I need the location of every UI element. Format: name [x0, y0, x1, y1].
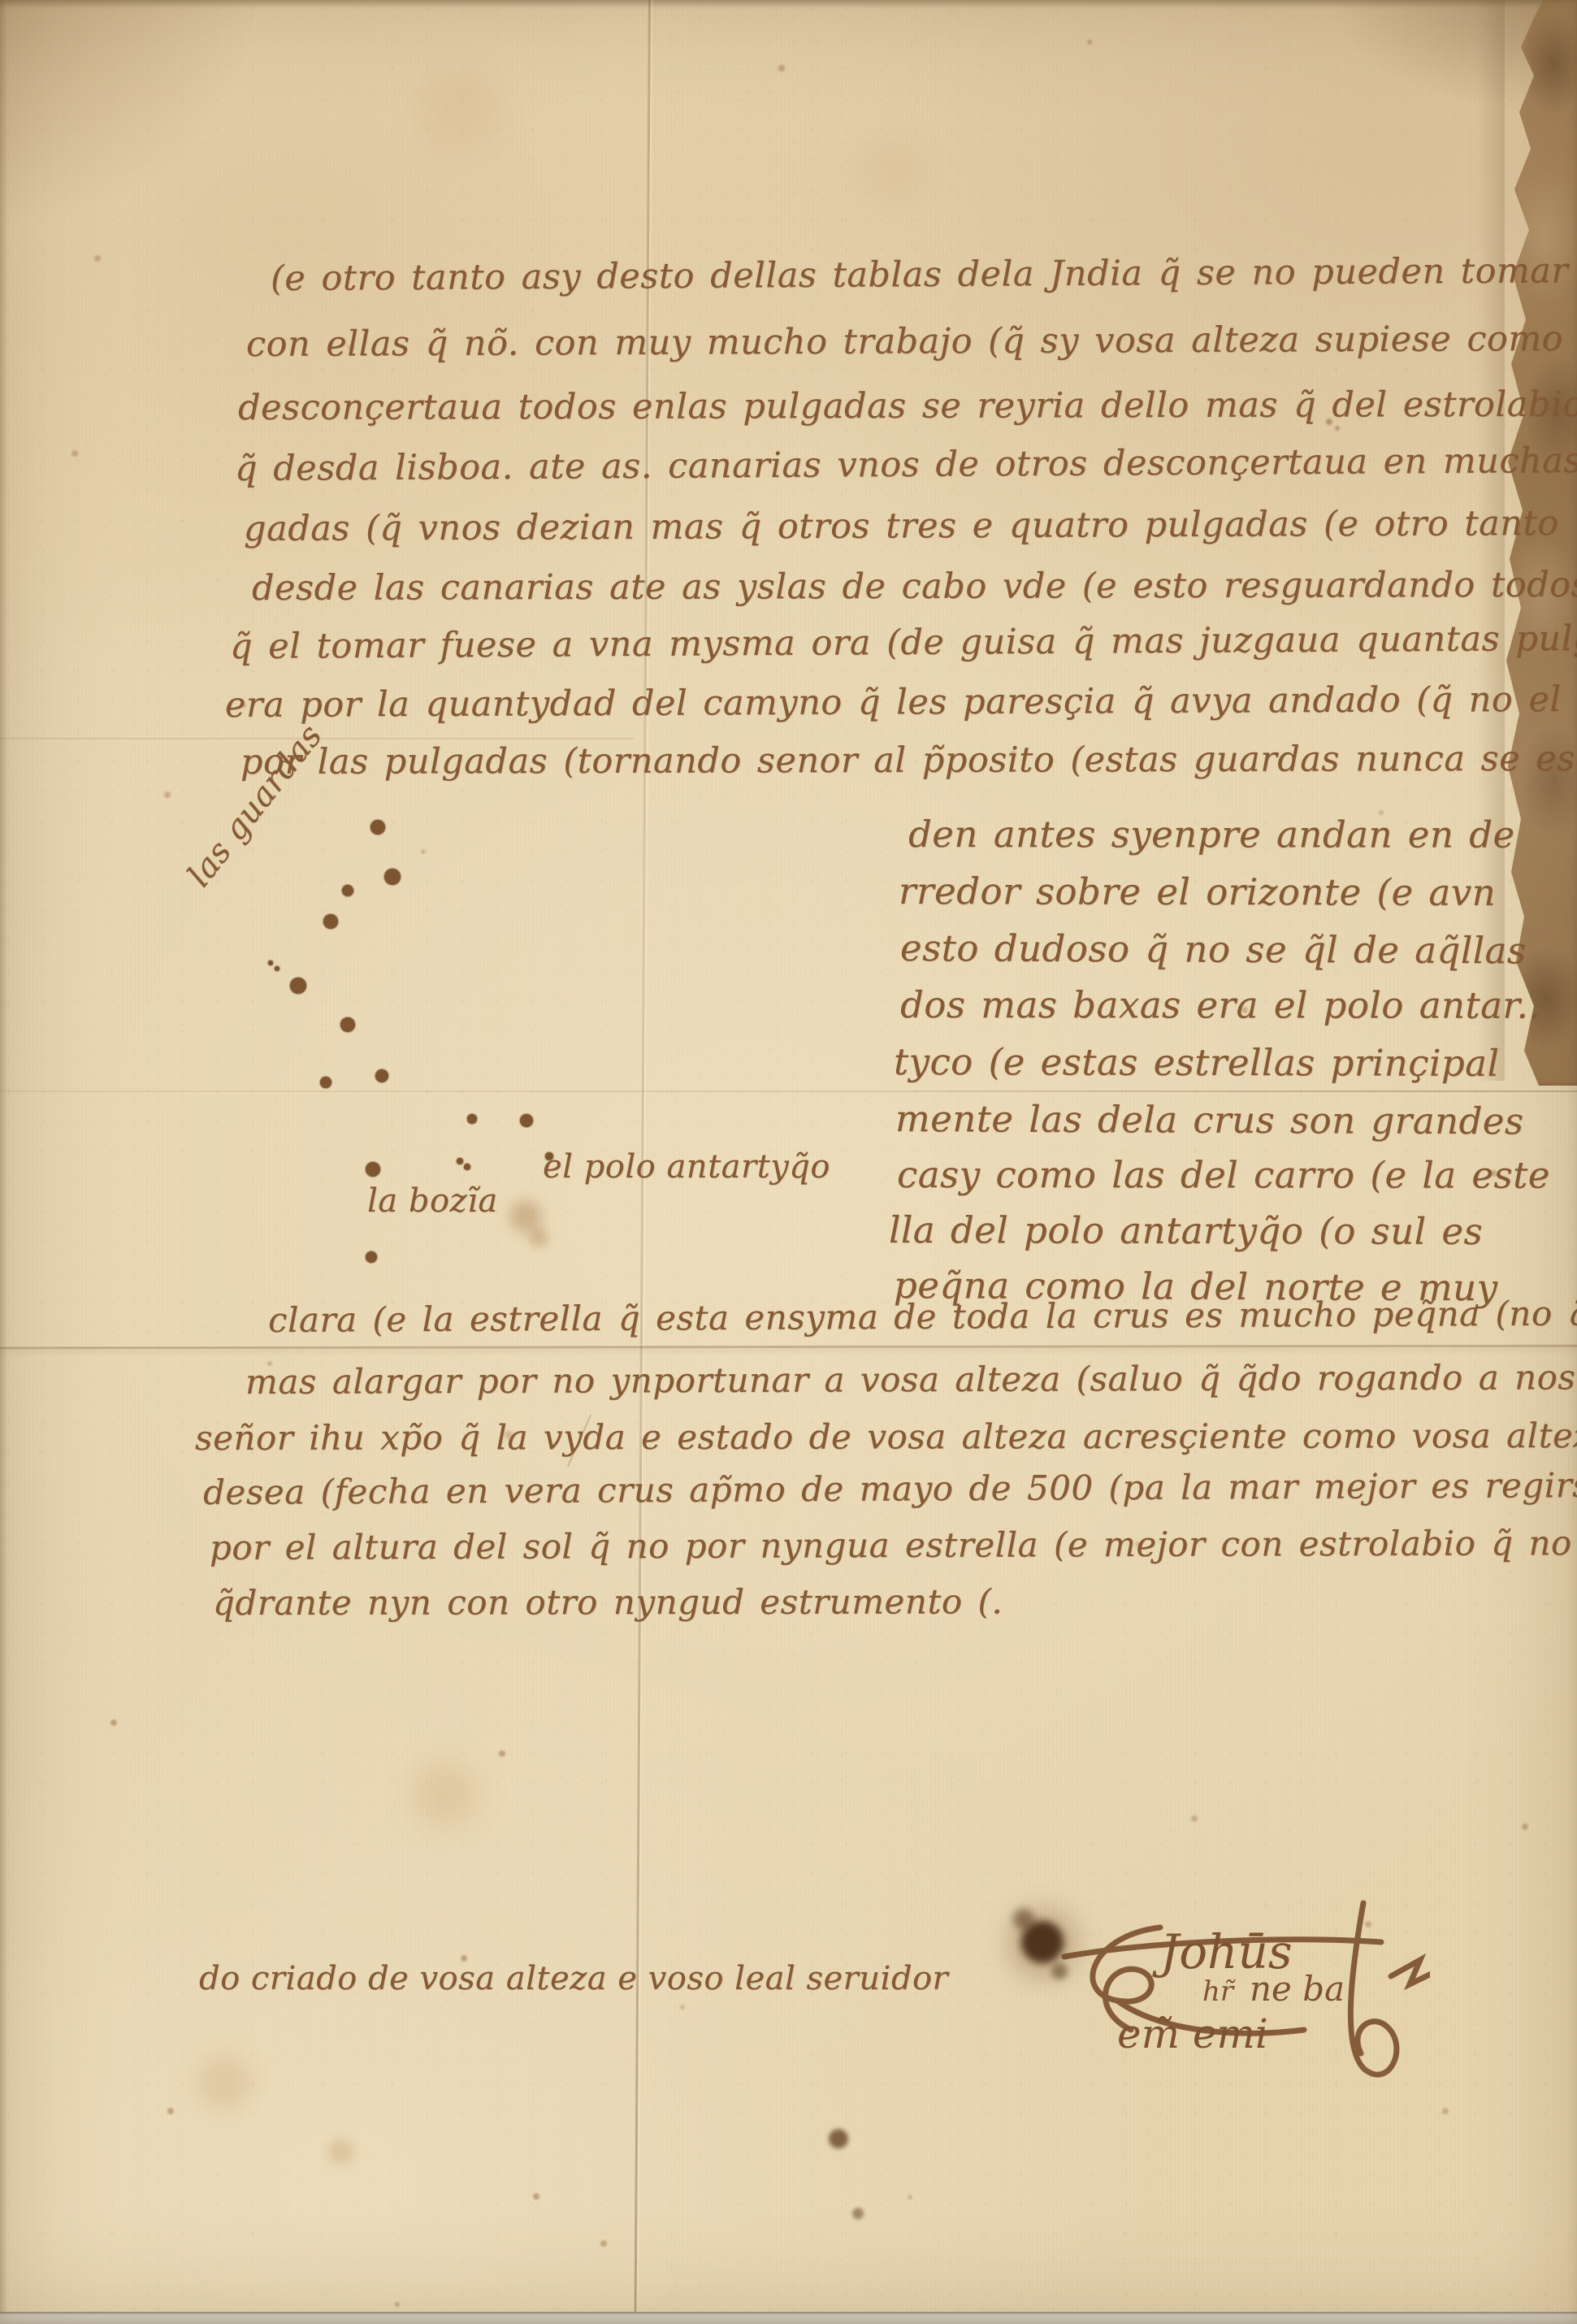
handwritten-line: q̃ el tomar fuese a vna mysma ora (de gu… — [230, 618, 1577, 667]
stain — [1191, 1815, 1198, 1822]
signature-abbrev-1: hr̃ — [1202, 1975, 1237, 2008]
handwritten-line: por las pulgadas (tornando senor al p̃po… — [240, 738, 1577, 783]
stain — [71, 450, 78, 457]
handwritten-line: era por la quantydad del camyno q̃ les p… — [225, 679, 1577, 726]
star-dot — [464, 1164, 470, 1170]
handwritten-line: den antes syenpre andan en de — [908, 813, 1515, 856]
stain — [533, 2193, 539, 2200]
star-dot — [268, 960, 273, 965]
handwritten-line: (e otro tanto asy desto dellas tablas de… — [271, 250, 1569, 299]
handwritten-line: desde las canarias ate as yslas de cabo … — [252, 565, 1577, 609]
manuscript-page: (e otro tanto asy desto dellas tablas de… — [0, 0, 1577, 2324]
handwritten-line: clara (e la estrella q̃ esta ensyma de t… — [268, 1293, 1577, 1340]
handwritten-line: mas alargar por no ynportunar a vosa alt… — [245, 1357, 1577, 1402]
corner-stain-top-left — [0, 0, 260, 228]
star-dot — [323, 914, 338, 929]
handwritten-line: q̃drante nyn con otro nyngud estrumento … — [213, 1581, 1003, 1623]
handwritten-line: desea (fecha en vera crus ap̃mo de mayo … — [203, 1465, 1577, 1512]
star-dot — [320, 1077, 331, 1088]
handwritten-line: esto dudoso q̃ no se q̃l de aq̃llas — [900, 926, 1527, 972]
handwritten-line: tyco (e estas estrellas prinçipal — [894, 1040, 1500, 1085]
star-dot — [457, 1158, 463, 1164]
signature-block: Johūs hr̃ ne ba em̃ emi — [1040, 1877, 1430, 2105]
page-edge-left — [0, 0, 7, 2324]
star-dot — [342, 885, 353, 896]
page-edge-top — [0, 0, 1577, 8]
handwritten-line: gadas (q̃ vnos dezian mas q̃ otros tres … — [244, 503, 1559, 549]
star-dot — [340, 1017, 355, 1032]
star-dot — [384, 869, 401, 885]
stain — [1087, 40, 1092, 45]
stain — [110, 1719, 117, 1726]
handwritten-line: desconçertaua todos enlas pulgadas se re… — [238, 384, 1577, 428]
stain — [328, 2139, 354, 2165]
stain — [861, 138, 926, 203]
star-dot — [375, 1069, 388, 1082]
stain — [600, 2240, 607, 2247]
closing-line: do criado de vosa alteza e voso leal ser… — [199, 1960, 948, 1997]
star-dot — [275, 966, 279, 971]
horizontal-fold-crease-main — [0, 1345, 1577, 1350]
stain — [529, 1228, 548, 1247]
label-la-bozina: la bozĩa — [367, 1182, 498, 1220]
stain — [680, 2005, 685, 2010]
handwritten-line: señor ihu xp̃o q̃ la vyda e estado de vo… — [195, 1416, 1577, 1458]
handwritten-line: dos mas baxas era el polo antar.. — [900, 983, 1540, 1027]
stain — [829, 2129, 848, 2148]
star-dot — [290, 978, 306, 994]
stain — [197, 2054, 252, 2109]
label-el-polo-antartico: el polo antartyq̃o — [543, 1148, 830, 1186]
stain — [421, 849, 426, 854]
signature-abbrev-3: em̃ emi — [1117, 2010, 1268, 2057]
stain — [164, 791, 171, 798]
stain — [1442, 2108, 1449, 2114]
stain — [1013, 1909, 1034, 1930]
star-dot — [520, 1114, 533, 1127]
handwritten-line: lla del polo antartyq̃o (o sul es — [889, 1208, 1483, 1253]
stain — [94, 255, 101, 262]
star-dot — [370, 820, 385, 835]
star-dot — [467, 1114, 477, 1124]
handwritten-line: mente las dela crus son grandes — [895, 1097, 1524, 1142]
stain — [421, 72, 499, 150]
stain — [499, 1750, 505, 1757]
scan-edge-strip — [0, 2312, 1577, 2324]
star-dot — [545, 1152, 553, 1160]
handwritten-line: rredor sobre el orizonte (e avn — [899, 869, 1496, 914]
horizontal-fold-crease-upper — [0, 1090, 1577, 1092]
stain — [852, 2208, 864, 2219]
stain — [1335, 426, 1340, 431]
star-dot — [366, 1162, 380, 1177]
stain — [908, 2195, 912, 2200]
handwritten-line: casy como las del carro (e la este — [897, 1153, 1550, 1197]
star-dot — [366, 1251, 377, 1263]
signature-abbrev-2: ne ba — [1250, 1969, 1345, 2009]
handwritten-line: con ellas q̃ nõ. con muy mucho trabajo (… — [246, 319, 1563, 365]
handwritten-line: por el altura del sol q̃ no por nyngua e… — [210, 1523, 1577, 1567]
stain — [395, 2302, 400, 2307]
stain — [509, 1200, 542, 1233]
stain — [411, 1760, 479, 1828]
stain — [1522, 1823, 1528, 1830]
stain — [778, 65, 785, 72]
stain — [167, 2108, 174, 2114]
handwritten-line: q̃ desda lisboa. ate as. canarias vnos d… — [235, 440, 1577, 489]
